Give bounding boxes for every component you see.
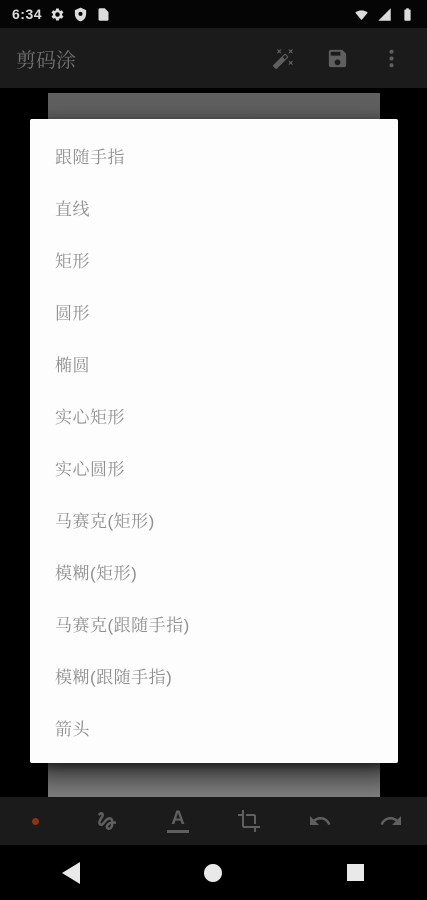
edit-toolbar: A <box>0 797 427 845</box>
undo-icon <box>308 809 332 833</box>
menu-item-blur-follow-finger[interactable]: 模糊(跟随手指) <box>30 649 398 701</box>
nav-recents-button[interactable] <box>285 845 427 900</box>
undo-button[interactable] <box>285 797 356 845</box>
redo-icon <box>379 809 403 833</box>
draw-tool-button[interactable] <box>71 797 142 845</box>
nav-back-button[interactable] <box>0 845 142 900</box>
menu-item-mosaic-rectangle[interactable]: 马赛克(矩形) <box>30 493 398 545</box>
crop-icon <box>237 809 261 833</box>
menu-item-line[interactable]: 直线 <box>30 181 398 233</box>
menu-item-mosaic-follow-finger[interactable]: 马赛克(跟随手指) <box>30 597 398 649</box>
cellular-signal-icon <box>377 7 392 22</box>
shield-icon <box>73 7 88 22</box>
status-bar-left: 6:34 <box>12 6 111 22</box>
gear-icon <box>50 7 65 22</box>
menu-item-circle[interactable]: 圆形 <box>30 285 398 337</box>
text-color-underline <box>167 830 189 833</box>
crop-tool-button[interactable] <box>214 797 285 845</box>
app-bar-actions <box>263 38 411 78</box>
save-button[interactable] <box>317 38 357 78</box>
magic-wand-icon <box>272 47 295 70</box>
color-indicator-dot <box>32 818 39 825</box>
text-tool-button[interactable]: A <box>142 797 213 845</box>
recents-icon <box>347 864 364 881</box>
overflow-menu-icon <box>380 47 403 70</box>
android-nav-bar <box>0 845 427 900</box>
page-title: 剪码涂 <box>16 44 263 73</box>
menu-item-blur-rectangle[interactable]: 模糊(矩形) <box>30 545 398 597</box>
file-icon <box>96 7 111 22</box>
overflow-menu-button[interactable] <box>371 38 411 78</box>
shape-menu-dialog: 跟随手指 直线 矩形 圆形 椭圆 实心矩形 实心圆形 马赛克(矩形) 模糊(矩形… <box>30 119 398 763</box>
redo-button[interactable] <box>356 797 427 845</box>
app-bar: 剪码涂 <box>0 28 427 88</box>
save-icon <box>326 47 349 70</box>
nav-home-button[interactable] <box>142 845 284 900</box>
gesture-draw-icon <box>95 809 119 833</box>
text-tool-icon: A <box>171 810 185 828</box>
menu-item-filled-circle[interactable]: 实心圆形 <box>30 441 398 493</box>
wifi-icon <box>354 7 369 22</box>
menu-item-arrow[interactable]: 箭头 <box>30 701 398 753</box>
back-icon <box>62 862 80 884</box>
status-bar: 6:34 <box>0 0 427 28</box>
menu-item-ellipse[interactable]: 椭圆 <box>30 337 398 389</box>
menu-item-follow-finger[interactable]: 跟随手指 <box>30 129 398 181</box>
color-indicator-button[interactable] <box>0 797 71 845</box>
status-bar-right <box>354 7 415 22</box>
battery-icon <box>400 7 415 22</box>
auto-fix-button[interactable] <box>263 38 303 78</box>
app-screen: 6:34 剪码涂 跟随手指 直线 <box>0 0 427 900</box>
menu-item-rectangle[interactable]: 矩形 <box>30 233 398 285</box>
status-time: 6:34 <box>12 6 42 22</box>
home-icon <box>204 864 222 882</box>
menu-item-filled-rectangle[interactable]: 实心矩形 <box>30 389 398 441</box>
